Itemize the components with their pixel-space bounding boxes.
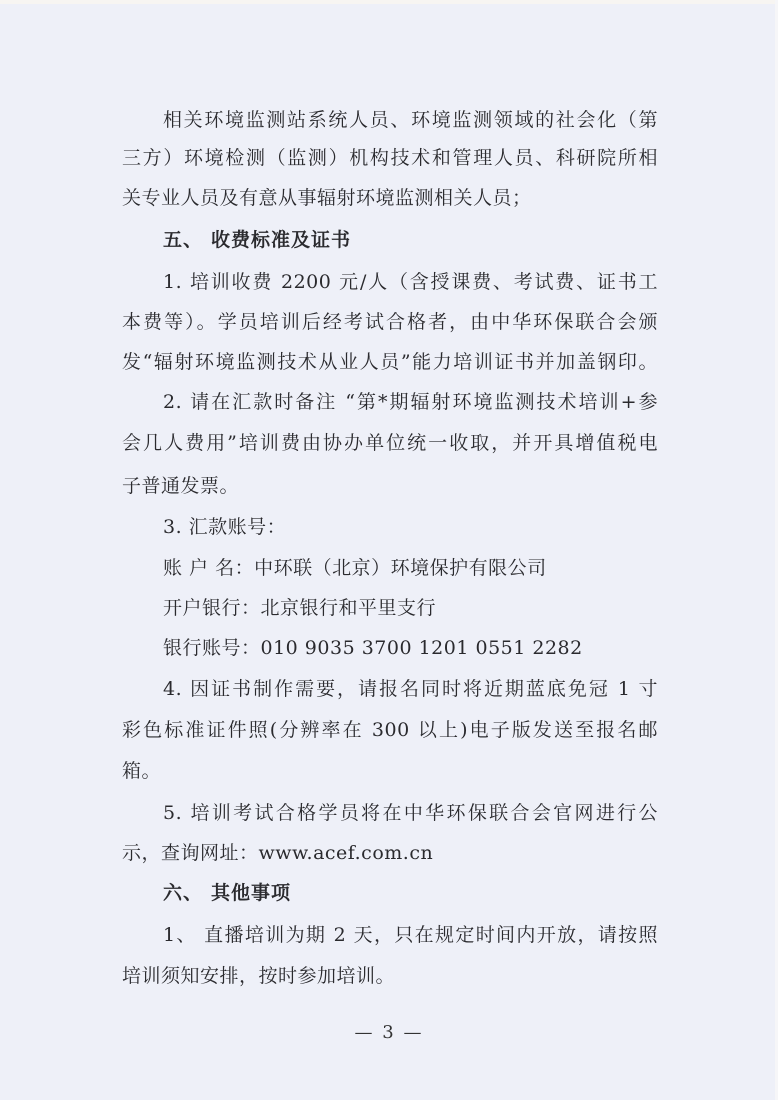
- section-title: 其他事项: [211, 882, 291, 904]
- account-name-row: 账 户 名：中环联（北京）环境保护有限公司: [163, 555, 658, 581]
- fee-item-2-line-1: 2. 请在汇款时备注 “第*期辐射环境监测技术培训+参: [163, 389, 658, 415]
- bank-name-row: 开户银行：北京银行和平里支行: [163, 595, 658, 621]
- fee-item-2-line-3: 子普通发票。: [122, 473, 658, 499]
- account-number-row: 银行账号：010 9035 3700 1201 0551 2282: [163, 635, 658, 661]
- fee-item-5-line-2: 示，查询网址：www.acef.com.cn: [122, 840, 658, 866]
- fee-item-1-line-2: 本费等）。学员培训后经考试合格者，由中华环保联合会颁: [122, 309, 658, 335]
- fee-item-3-title: 3. 汇款账号：: [163, 514, 658, 540]
- section-title: 收费标准及证书: [211, 229, 351, 251]
- fee-item-2-line-2: 会几人费用”培训费由协办单位统一收取，并开具增值税电: [122, 430, 658, 456]
- other-item-1-line-1: 1、 直播培训为期 2 天，只在规定时间内开放，请按照: [163, 922, 658, 948]
- paragraph-audience-line-1: 相关环境监测站系统人员、环境监测领域的社会化（第: [163, 107, 658, 133]
- fee-item-4-line-1: 4. 因证书制作需要，请报名同时将近期蓝底免冠 1 寸: [163, 676, 658, 702]
- section-number: 五、: [163, 227, 211, 253]
- section-number: 六、: [163, 880, 211, 906]
- fee-item-5-line-1: 5. 培训考试合格学员将在中华环保联合会官网进行公: [163, 800, 658, 826]
- fee-item-1-line-1: 1. 培训收费 2200 元/人（含授课费、考试费、证书工: [163, 269, 658, 295]
- paragraph-audience-line-2: 三方）环境检测（监测）机构技术和管理人员、科研院所相: [122, 145, 658, 171]
- document-page: 相关环境监测站系统人员、环境监测领域的社会化（第 三方）环境检测（监测）机构技术…: [0, 0, 778, 1100]
- fee-item-4-line-3: 箱。: [122, 758, 658, 784]
- paragraph-audience-line-3: 关专业人员及有意从事辐射环境监测相关人员；: [122, 185, 658, 211]
- page-number: — 3 —: [0, 1022, 778, 1043]
- other-item-1-line-2: 培训须知安排，按时参加培训。: [122, 963, 658, 989]
- fee-item-1-line-3: 发“辐射环境监测技术从业人员”能力培训证书并加盖钢印。: [122, 349, 658, 375]
- fee-item-4-line-2: 彩色标准证件照(分辨率在 300 以上)电子版发送至报名邮: [122, 717, 658, 743]
- section-heading-fees: 五、收费标准及证书: [163, 227, 351, 253]
- section-heading-other: 六、其他事项: [163, 880, 291, 906]
